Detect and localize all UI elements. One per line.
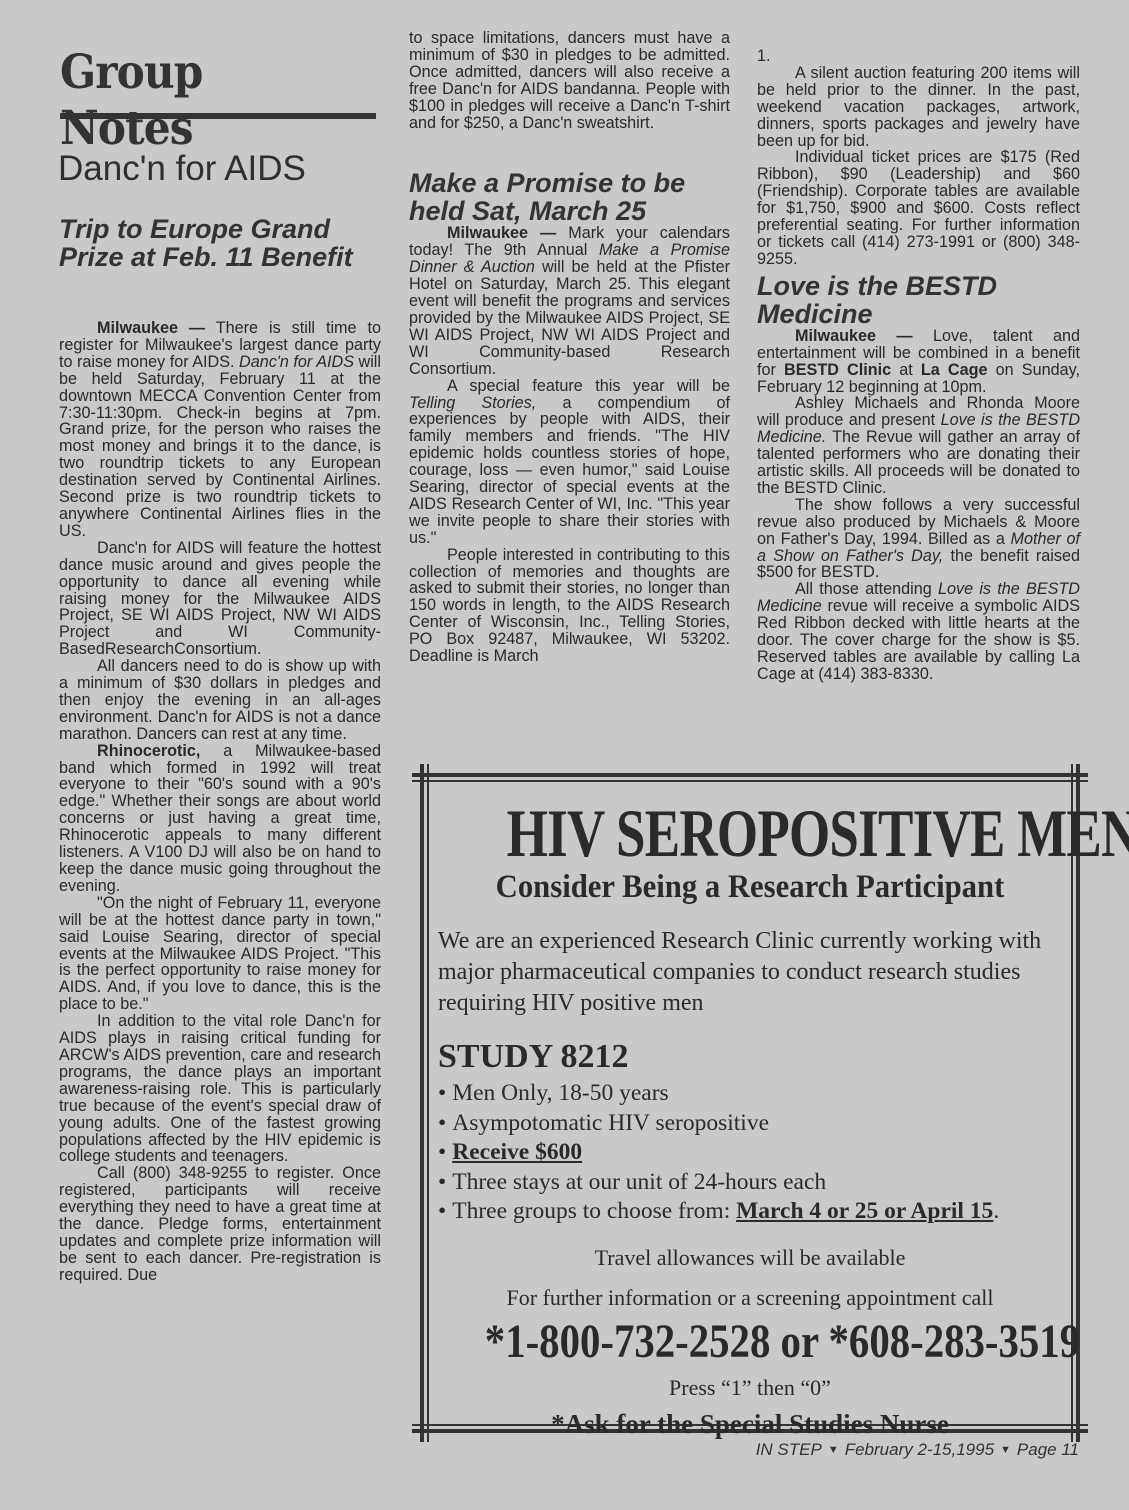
ad-criteria-list: Men Only, 18-50 years Asympotomatic HIV … [438, 1079, 1062, 1227]
section-title: Danc'n for AIDS [58, 148, 306, 190]
list-item: Three groups to choose from: March 4 or … [438, 1197, 1062, 1227]
paragraph-continued: to space limitations, dancers must have … [409, 30, 730, 131]
paragraph: "On the night of February 11, everyone w… [59, 895, 381, 1013]
ad-press-instructions: Press “1” then “0” [438, 1375, 1062, 1401]
clinic-name: BESTD Clinic [784, 361, 891, 379]
paragraph: Danc'n for AIDS will feature the hottest… [59, 540, 381, 658]
paragraph: Milwaukee — Love, talent and entertainme… [757, 328, 1080, 396]
study-dates: March 4 or 25 or April 15 [736, 1198, 993, 1224]
publication-title: Telling Stories, [409, 394, 536, 412]
column-2: to space limitations, dancers must have … [409, 30, 730, 665]
paragraph: All those attending Love is the BESTD Me… [757, 581, 1080, 682]
publication-name: IN STEP [756, 1440, 822, 1459]
payment-amount: Receive $600 [452, 1139, 582, 1165]
page-number: Page 11 [1017, 1440, 1079, 1459]
research-participant-ad: HIV SEROPOSITIVE MEN Consider Being a Re… [418, 770, 1082, 1438]
paragraph: Ashley Michaels and Rhonda Moore will pr… [757, 395, 1080, 496]
masthead-rule [60, 113, 376, 119]
paragraph: Rhinocerotic, a Milwaukee-based band whi… [59, 743, 381, 895]
ad-phone-numbers: *1-800-732-2528 or *608-283-3519 [485, 1313, 1015, 1371]
venue-name: La Cage [921, 361, 988, 379]
paragraph: Individual ticket prices are $175 (Red R… [757, 149, 1080, 267]
paragraph: Milwaukee — There is still time to regis… [59, 320, 381, 540]
column-3: 1. A silent auction featuring 200 items … [757, 48, 1080, 683]
list-item: Receive $600 [438, 1138, 1062, 1168]
down-triangle-icon: ▼ [1000, 1444, 1011, 1456]
headline-love-is-the-bestd-medicine: Love is the BESTD Medicine [757, 272, 1080, 328]
list-item: Asympotomatic HIV seropositive [438, 1109, 1062, 1139]
dateline: Milwaukee — [97, 319, 205, 337]
paragraph: A special feature this year will be Tell… [409, 378, 730, 547]
band-name: Rhinocerotic, [97, 742, 200, 760]
paragraph: A silent auction featuring 200 items wil… [757, 65, 1080, 150]
column-1: Milwaukee — There is still time to regis… [59, 320, 381, 1284]
ad-border [412, 773, 1088, 777]
ad-subtitle: Consider Being a Research Participant [460, 868, 1040, 906]
event-title: Danc'n for AIDS [239, 353, 354, 371]
down-triangle-icon: ▼ [828, 1444, 839, 1456]
issue-date: February 2-15,1995 [845, 1440, 994, 1459]
paragraph: The show follows a very successful revue… [757, 497, 1080, 582]
ad-info-line: For further information or a screening a… [438, 1285, 1062, 1311]
masthead: Group Notes [60, 45, 344, 157]
paragraph: Milwaukee — Mark your calendars today! T… [409, 225, 730, 377]
paragraph: In addition to the vital role Danc'n for… [59, 1013, 381, 1165]
headline-make-a-promise: Make a Promise to be held Sat, March 25 [409, 169, 730, 225]
ad-intro: We are an experienced Research Clinic cu… [438, 926, 1062, 1019]
newspaper-page: Group Notes Danc'n for AIDS Trip to Euro… [0, 0, 1129, 1510]
paragraph: All dancers need to do is show up with a… [59, 658, 381, 743]
paragraph: Call (800) 348-9255 to register. Once re… [59, 1165, 381, 1283]
list-item: Three stays at our unit of 24-hours each [438, 1168, 1062, 1198]
ad-travel-note: Travel allowances will be available [438, 1245, 1062, 1271]
ad-content: HIV SEROPOSITIVE MEN Consider Being a Re… [438, 792, 1062, 1418]
paragraph: People interested in contributing to thi… [409, 547, 730, 665]
dateline: Milwaukee — [795, 327, 913, 345]
page-footer: IN STEP▼February 2-15,1995▼Page 11 [756, 1440, 1079, 1460]
ad-study-number: STUDY 8212 [438, 1037, 1062, 1077]
paragraph-continued: 1. [757, 48, 1080, 65]
ad-border [427, 764, 429, 1442]
ad-title: HIV SEROPOSITIVE MEN [507, 798, 994, 868]
list-item: Men Only, 18-50 years [438, 1079, 1062, 1109]
ad-border [412, 780, 1088, 782]
dateline: Milwaukee — [447, 224, 556, 242]
ad-ask-nurse: *Ask for the Special Studies Nurse [438, 1407, 1062, 1441]
headline-trip-to-europe: Trip to Europe Grand Prize at Feb. 11 Be… [59, 215, 389, 271]
ad-border [420, 764, 424, 1442]
